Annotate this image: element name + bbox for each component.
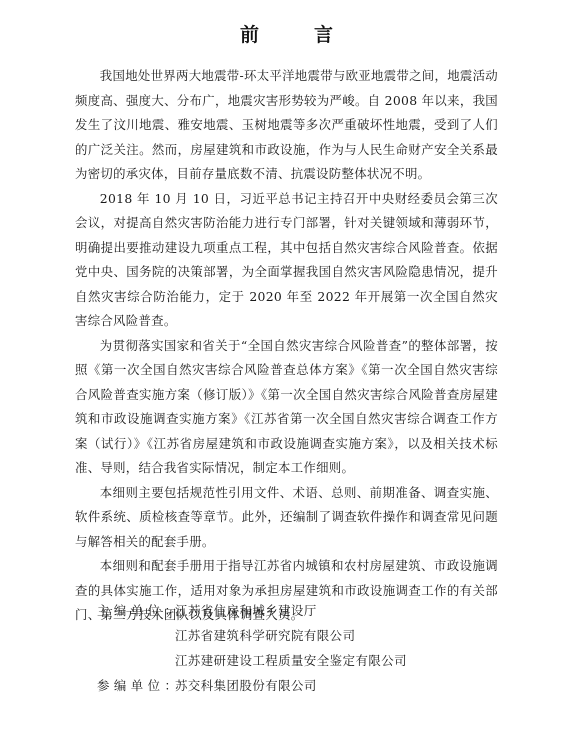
chief-editor-row: 江苏省建筑科学研究院有限公司 — [97, 623, 497, 648]
paragraph-policy: 2018 年 10 月 10 日，习近平总书记主持召开中央财经委员会第三次会议，… — [75, 187, 498, 334]
editors-block: 主编单位： 江苏省住房和城乡建设厅 江苏省建筑科学研究院有限公司 江苏建研建设工… — [97, 598, 497, 698]
preface-body: 我国地处世界两大地震带-环太平洋地震带与欧亚地震带之间，地震活动频度高、强度大、… — [75, 64, 498, 628]
paragraph-background: 我国地处世界两大地震带-环太平洋地震带与欧亚地震带之间，地震活动频度高、强度大、… — [75, 64, 498, 187]
participating-editor-label: 参编单位： — [97, 673, 175, 698]
paragraph-basis: 为贯彻落实国家和省关于“全国自然灾害综合风险普查”的整体部署，按照《第一次全国自… — [75, 334, 498, 481]
participating-editor-org: 苏交科集团股份有限公司 — [175, 673, 317, 698]
chief-editor-org: 江苏建研建设工程质量安全鉴定有限公司 — [175, 648, 407, 673]
chief-editor-row: 主编单位： 江苏省住房和城乡建设厅 — [97, 598, 497, 623]
participating-editor-row: 参编单位： 苏交科集团股份有限公司 — [97, 673, 497, 698]
chief-editor-org: 江苏省建筑科学研究院有限公司 — [175, 623, 355, 648]
chief-editor-row: 江苏建研建设工程质量安全鉴定有限公司 — [97, 648, 497, 673]
chief-editor-label: 主编单位： — [97, 598, 175, 623]
paragraph-contents: 本细则主要包括规范性引用文件、术语、总则、前期准备、调查实施、软件系统、质检核查… — [75, 481, 498, 555]
page-title: 前 言 — [0, 20, 573, 47]
document-page: 前 言 我国地处世界两大地震带-环太平洋地震带与欧亚地震带之间，地震活动频度高、… — [0, 0, 573, 746]
chief-editor-org: 江苏省住房和城乡建设厅 — [175, 598, 317, 623]
